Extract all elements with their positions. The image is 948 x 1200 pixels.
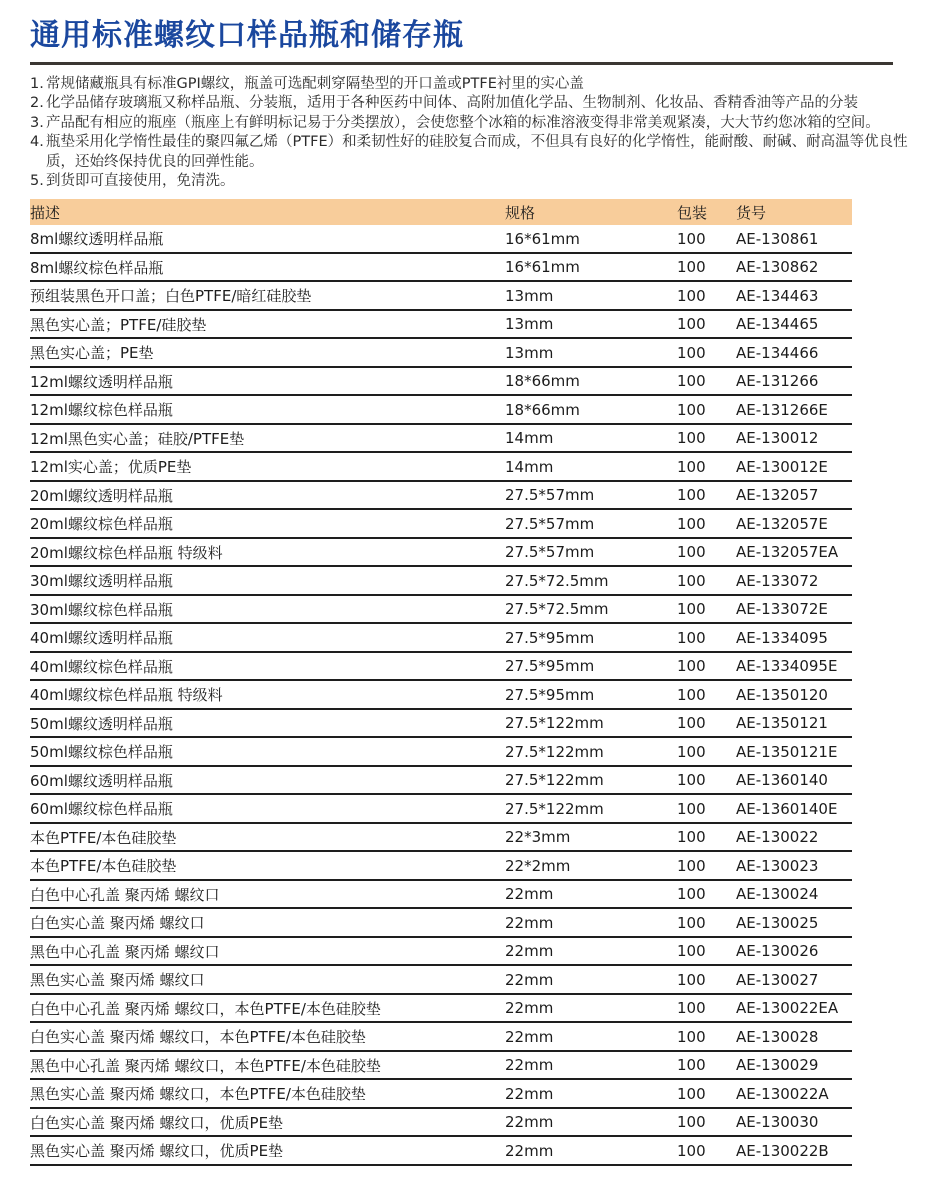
cell-item-number: AE-1360140 — [736, 766, 852, 795]
table-row: 30ml螺纹棕色样品瓶27.5*72.5mm100AE-133072E — [30, 595, 852, 624]
table-row: 8ml螺纹透明样品瓶16*61mm100AE-130861 — [30, 225, 852, 253]
table-row: 40ml螺纹透明样品瓶27.5*95mm100AE-1334095 — [30, 623, 852, 652]
cell-pack: 100 — [677, 310, 736, 339]
cell-pack: 100 — [677, 367, 736, 396]
cell-item-number: AE-130022A — [736, 1079, 852, 1108]
note-number: 3. — [30, 114, 46, 133]
table-row: 40ml螺纹棕色样品瓶 特级料27.5*95mm100AE-1350120 — [30, 680, 852, 709]
cell-description: 30ml螺纹透明样品瓶 — [30, 566, 505, 595]
title-underline-rule — [30, 62, 893, 65]
cell-item-number: AE-130012 — [736, 424, 852, 453]
cell-pack: 100 — [677, 937, 736, 966]
cell-pack: 100 — [677, 680, 736, 709]
table-row: 黑色实心盖 聚丙烯 螺纹口22mm100AE-130027 — [30, 965, 852, 994]
cell-spec: 13mm — [505, 310, 677, 339]
cell-spec: 27.5*72.5mm — [505, 595, 677, 624]
cell-spec: 27.5*95mm — [505, 623, 677, 652]
cell-item-number: AE-1350120 — [736, 680, 852, 709]
cell-description: 8ml螺纹透明样品瓶 — [30, 225, 505, 253]
cell-pack: 100 — [677, 709, 736, 738]
cell-item-number: AE-133072 — [736, 566, 852, 595]
cell-item-number: AE-130030 — [736, 1108, 852, 1137]
note-text: 瓶垫采用化学惰性最佳的聚四氟乙烯（PTFE）和柔韧性好的硅胶复合而成，不但具有良… — [46, 133, 920, 172]
cell-spec: 13mm — [505, 281, 677, 310]
table-row: 20ml螺纹棕色样品瓶 特级料27.5*57mm100AE-132057EA — [30, 538, 852, 567]
cell-spec: 22mm — [505, 908, 677, 937]
cell-description: 黑色实心盖 聚丙烯 螺纹口 — [30, 965, 505, 994]
cell-description: 12ml螺纹棕色样品瓶 — [30, 395, 505, 424]
note-item: 3.产品配有相应的瓶座（瓶座上有鲜明标记易于分类摆放），会使您整个冰箱的标准溶液… — [30, 114, 920, 133]
cell-spec: 22mm — [505, 937, 677, 966]
table-row: 白色实心盖 聚丙烯 螺纹口22mm100AE-130025 — [30, 908, 852, 937]
cell-item-number: AE-130027 — [736, 965, 852, 994]
cell-spec: 27.5*95mm — [505, 652, 677, 681]
cell-item-number: AE-134463 — [736, 281, 852, 310]
cell-item-number: AE-130022EA — [736, 994, 852, 1023]
cell-item-number: AE-1360140E — [736, 794, 852, 823]
cell-description: 黑色实心盖 聚丙烯 螺纹口，优质PE垫 — [30, 1136, 505, 1165]
table-row: 30ml螺纹透明样品瓶27.5*72.5mm100AE-133072 — [30, 566, 852, 595]
table-row: 预组装黑色开口盖；白色PTFE/暗红硅胶垫13mm100AE-134463 — [30, 281, 852, 310]
cell-description: 黑色实心盖；PE垫 — [30, 338, 505, 367]
note-text: 到货即可直接使用，免清洗。 — [46, 172, 920, 191]
cell-pack: 100 — [677, 452, 736, 481]
cell-pack: 100 — [677, 281, 736, 310]
cell-item-number: AE-130025 — [736, 908, 852, 937]
table-row: 12ml实心盖；优质PE垫14mm100AE-130012E — [30, 452, 852, 481]
cell-spec: 16*61mm — [505, 225, 677, 253]
cell-item-number: AE-134465 — [736, 310, 852, 339]
cell-item-number: AE-130028 — [736, 1022, 852, 1051]
column-header-description: 描述 — [30, 199, 505, 225]
cell-spec: 27.5*122mm — [505, 737, 677, 766]
cell-spec: 22mm — [505, 1051, 677, 1080]
table-row: 20ml螺纹透明样品瓶27.5*57mm100AE-132057 — [30, 481, 852, 510]
cell-description: 白色实心盖 聚丙烯 螺纹口 — [30, 908, 505, 937]
cell-description: 30ml螺纹棕色样品瓶 — [30, 595, 505, 624]
cell-item-number: AE-130023 — [736, 851, 852, 880]
cell-pack: 100 — [677, 1108, 736, 1137]
cell-description: 白色实心盖 聚丙烯 螺纹口，本色PTFE/本色硅胶垫 — [30, 1022, 505, 1051]
table-row: 60ml螺纹透明样品瓶27.5*122mm100AE-1360140 — [30, 766, 852, 795]
cell-spec: 22mm — [505, 1136, 677, 1165]
cell-spec: 22mm — [505, 1022, 677, 1051]
cell-description: 预组装黑色开口盖；白色PTFE/暗红硅胶垫 — [30, 281, 505, 310]
page-title: 通用标准螺纹口样品瓶和储存瓶 — [30, 16, 948, 56]
cell-pack: 100 — [677, 509, 736, 538]
cell-pack: 100 — [677, 880, 736, 909]
cell-description: 黑色中心孔盖 聚丙烯 螺纹口，本色PTFE/本色硅胶垫 — [30, 1051, 505, 1080]
cell-pack: 100 — [677, 1051, 736, 1080]
cell-description: 白色实心盖 聚丙烯 螺纹口，优质PE垫 — [30, 1108, 505, 1137]
cell-spec: 18*66mm — [505, 367, 677, 396]
cell-description: 12ml黑色实心盖；硅胶/PTFE垫 — [30, 424, 505, 453]
table-row: 白色中心孔盖 聚丙烯 螺纹口，本色PTFE/本色硅胶垫22mm100AE-130… — [30, 994, 852, 1023]
cell-spec: 27.5*95mm — [505, 680, 677, 709]
table-row: 黑色中心孔盖 聚丙烯 螺纹口，本色PTFE/本色硅胶垫22mm100AE-130… — [30, 1051, 852, 1080]
cell-item-number: AE-1350121 — [736, 709, 852, 738]
table-row: 40ml螺纹棕色样品瓶27.5*95mm100AE-1334095E — [30, 652, 852, 681]
cell-spec: 27.5*122mm — [505, 766, 677, 795]
cell-description: 40ml螺纹棕色样品瓶 — [30, 652, 505, 681]
cell-description: 40ml螺纹棕色样品瓶 特级料 — [30, 680, 505, 709]
cell-spec: 22mm — [505, 965, 677, 994]
cell-pack: 100 — [677, 566, 736, 595]
cell-pack: 100 — [677, 652, 736, 681]
cell-pack: 100 — [677, 851, 736, 880]
cell-description: 50ml螺纹棕色样品瓶 — [30, 737, 505, 766]
cell-item-number: AE-131266 — [736, 367, 852, 396]
cell-pack: 100 — [677, 253, 736, 282]
note-number: 4. — [30, 133, 46, 172]
notes-list: 1.常规储藏瓶具有标准GPI螺纹，瓶盖可选配刺穿隔垫型的开口盖或PTFE衬里的实… — [30, 75, 920, 191]
note-item: 1.常规储藏瓶具有标准GPI螺纹，瓶盖可选配刺穿隔垫型的开口盖或PTFE衬里的实… — [30, 75, 920, 94]
cell-description: 8ml螺纹棕色样品瓶 — [30, 253, 505, 282]
cell-description: 40ml螺纹透明样品瓶 — [30, 623, 505, 652]
column-header-item-number: 货号 — [736, 199, 852, 225]
cell-pack: 100 — [677, 538, 736, 567]
cell-item-number: AE-133072E — [736, 595, 852, 624]
table-row: 白色实心盖 聚丙烯 螺纹口，优质PE垫22mm100AE-130030 — [30, 1108, 852, 1137]
table-row: 白色实心盖 聚丙烯 螺纹口，本色PTFE/本色硅胶垫22mm100AE-1300… — [30, 1022, 852, 1051]
cell-spec: 22mm — [505, 880, 677, 909]
cell-description: 12ml实心盖；优质PE垫 — [30, 452, 505, 481]
cell-description: 白色中心孔盖 聚丙烯 螺纹口，本色PTFE/本色硅胶垫 — [30, 994, 505, 1023]
table-row: 50ml螺纹透明样品瓶27.5*122mm100AE-1350121 — [30, 709, 852, 738]
cell-item-number: AE-1334095 — [736, 623, 852, 652]
table-row: 12ml黑色实心盖；硅胶/PTFE垫14mm100AE-130012 — [30, 424, 852, 453]
cell-description: 黑色实心盖；PTFE/硅胶垫 — [30, 310, 505, 339]
cell-item-number: AE-1350121E — [736, 737, 852, 766]
cell-description: 20ml螺纹棕色样品瓶 特级料 — [30, 538, 505, 567]
note-number: 1. — [30, 75, 46, 94]
note-item: 5.到货即可直接使用，免清洗。 — [30, 172, 920, 191]
cell-pack: 100 — [677, 908, 736, 937]
cell-description: 12ml螺纹透明样品瓶 — [30, 367, 505, 396]
cell-pack: 100 — [677, 395, 736, 424]
note-item: 2.化学品储存玻璃瓶又称样品瓶、分装瓶，适用于各种医药中间体、高附加值化学品、生… — [30, 94, 920, 113]
cell-spec: 13mm — [505, 338, 677, 367]
note-number: 5. — [30, 172, 46, 191]
table-row: 12ml螺纹棕色样品瓶18*66mm100AE-131266E — [30, 395, 852, 424]
cell-pack: 100 — [677, 1136, 736, 1165]
cell-item-number: AE-130026 — [736, 937, 852, 966]
cell-pack: 100 — [677, 965, 736, 994]
cell-spec: 27.5*122mm — [505, 794, 677, 823]
cell-spec: 14mm — [505, 452, 677, 481]
cell-item-number: AE-130029 — [736, 1051, 852, 1080]
table-row: 本色PTFE/本色硅胶垫22*3mm100AE-130022 — [30, 823, 852, 852]
table-row: 8ml螺纹棕色样品瓶16*61mm100AE-130862 — [30, 253, 852, 282]
note-number: 2. — [30, 94, 46, 113]
column-header-pack: 包装 — [677, 199, 736, 225]
cell-item-number: AE-132057EA — [736, 538, 852, 567]
cell-item-number: AE-130861 — [736, 225, 852, 253]
cell-spec: 27.5*57mm — [505, 509, 677, 538]
table-row: 12ml螺纹透明样品瓶18*66mm100AE-131266 — [30, 367, 852, 396]
cell-pack: 100 — [677, 595, 736, 624]
cell-pack: 100 — [677, 225, 736, 253]
cell-spec: 16*61mm — [505, 253, 677, 282]
cell-spec: 27.5*122mm — [505, 709, 677, 738]
table-row: 黑色实心盖；PE垫13mm100AE-134466 — [30, 338, 852, 367]
table-row: 本色PTFE/本色硅胶垫22*2mm100AE-130023 — [30, 851, 852, 880]
cell-item-number: AE-130022B — [736, 1136, 852, 1165]
cell-pack: 100 — [677, 623, 736, 652]
cell-pack: 100 — [677, 823, 736, 852]
cell-item-number: AE-131266E — [736, 395, 852, 424]
cell-spec: 27.5*57mm — [505, 481, 677, 510]
cell-spec: 18*66mm — [505, 395, 677, 424]
table-row: 60ml螺纹棕色样品瓶27.5*122mm100AE-1360140E — [30, 794, 852, 823]
cell-pack: 100 — [677, 766, 736, 795]
cell-pack: 100 — [677, 994, 736, 1023]
cell-description: 60ml螺纹棕色样品瓶 — [30, 794, 505, 823]
note-text: 化学品储存玻璃瓶又称样品瓶、分装瓶，适用于各种医药中间体、高附加值化学品、生物制… — [46, 94, 920, 113]
table-row: 黑色实心盖 聚丙烯 螺纹口，本色PTFE/本色硅胶垫22mm100AE-1300… — [30, 1079, 852, 1108]
cell-description: 本色PTFE/本色硅胶垫 — [30, 851, 505, 880]
cell-item-number: AE-130022 — [736, 823, 852, 852]
catalog-page: 通用标准螺纹口样品瓶和储存瓶 1.常规储藏瓶具有标准GPI螺纹，瓶盖可选配刺穿隔… — [0, 0, 948, 1200]
table-header-row: 描述 规格 包装 货号 — [30, 199, 852, 225]
cell-item-number: AE-130862 — [736, 253, 852, 282]
cell-pack: 100 — [677, 1079, 736, 1108]
table-row: 黑色中心孔盖 聚丙烯 螺纹口22mm100AE-130026 — [30, 937, 852, 966]
cell-spec: 14mm — [505, 424, 677, 453]
table-row: 黑色实心盖；PTFE/硅胶垫13mm100AE-134465 — [30, 310, 852, 339]
note-text: 产品配有相应的瓶座（瓶座上有鲜明标记易于分类摆放），会使您整个冰箱的标准溶液变得… — [46, 114, 920, 133]
table-row: 黑色实心盖 聚丙烯 螺纹口，优质PE垫22mm100AE-130022B — [30, 1136, 852, 1165]
cell-description: 本色PTFE/本色硅胶垫 — [30, 823, 505, 852]
note-text: 常规储藏瓶具有标准GPI螺纹，瓶盖可选配刺穿隔垫型的开口盖或PTFE衬里的实心盖 — [46, 75, 920, 94]
cell-description: 20ml螺纹透明样品瓶 — [30, 481, 505, 510]
cell-spec: 22*3mm — [505, 823, 677, 852]
cell-pack: 100 — [677, 481, 736, 510]
cell-item-number: AE-130012E — [736, 452, 852, 481]
table-row: 白色中心孔盖 聚丙烯 螺纹口22mm100AE-130024 — [30, 880, 852, 909]
cell-description: 50ml螺纹透明样品瓶 — [30, 709, 505, 738]
note-item: 4.瓶垫采用化学惰性最佳的聚四氟乙烯（PTFE）和柔韧性好的硅胶复合而成，不但具… — [30, 133, 920, 172]
cell-item-number: AE-134466 — [736, 338, 852, 367]
cell-pack: 100 — [677, 794, 736, 823]
table-body: 8ml螺纹透明样品瓶16*61mm100AE-1308618ml螺纹棕色样品瓶1… — [30, 225, 852, 1165]
cell-description: 60ml螺纹透明样品瓶 — [30, 766, 505, 795]
cell-spec: 27.5*57mm — [505, 538, 677, 567]
product-table: 描述 规格 包装 货号 8ml螺纹透明样品瓶16*61mm100AE-13086… — [30, 199, 852, 1166]
table-row: 20ml螺纹棕色样品瓶27.5*57mm100AE-132057E — [30, 509, 852, 538]
cell-pack: 100 — [677, 1022, 736, 1051]
cell-spec: 22mm — [505, 1108, 677, 1137]
cell-item-number: AE-132057E — [736, 509, 852, 538]
cell-pack: 100 — [677, 424, 736, 453]
table-row: 50ml螺纹棕色样品瓶27.5*122mm100AE-1350121E — [30, 737, 852, 766]
cell-spec: 22mm — [505, 1079, 677, 1108]
cell-item-number: AE-1334095E — [736, 652, 852, 681]
cell-item-number: AE-130024 — [736, 880, 852, 909]
cell-spec: 22*2mm — [505, 851, 677, 880]
cell-pack: 100 — [677, 338, 736, 367]
cell-spec: 27.5*72.5mm — [505, 566, 677, 595]
cell-description: 白色中心孔盖 聚丙烯 螺纹口 — [30, 880, 505, 909]
cell-description: 黑色实心盖 聚丙烯 螺纹口，本色PTFE/本色硅胶垫 — [30, 1079, 505, 1108]
cell-spec: 22mm — [505, 994, 677, 1023]
cell-item-number: AE-132057 — [736, 481, 852, 510]
column-header-spec: 规格 — [505, 199, 677, 225]
cell-description: 黑色中心孔盖 聚丙烯 螺纹口 — [30, 937, 505, 966]
cell-pack: 100 — [677, 737, 736, 766]
cell-description: 20ml螺纹棕色样品瓶 — [30, 509, 505, 538]
